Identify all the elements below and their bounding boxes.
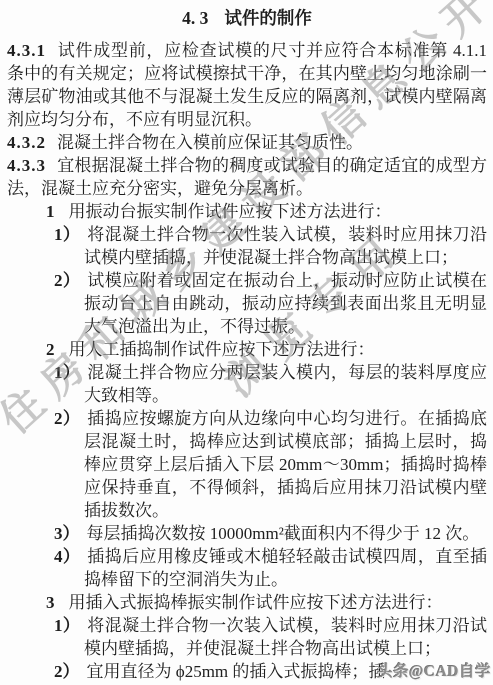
clause-4-3-2: 4.3.2混凝土拌合物在入模前应保证其匀质性。 — [7, 131, 487, 154]
item-2-sub-3: 3）每层插捣次数按 10000mm²截面积内不得少于 12 次。 — [7, 522, 487, 545]
sub-number: 1） — [54, 363, 80, 382]
clause-text: 混凝土拌合物在入模前应保证其匀质性。 — [57, 133, 363, 152]
sub-text: 将混凝土拌合物一次性装入试模，装料时应用抹刀沿试模内壁插捣，并使混凝土拌合物高出… — [84, 225, 487, 267]
item-3: 3用插入式振捣棒振实制作试件应按下述方法进行： — [7, 591, 487, 614]
section-title: 4. 3试件的制作 — [7, 6, 487, 30]
clause-text: 试件成型前，应检查试模的尺寸并应符合本标准第 4.1.1 条中的有关规定；应将试… — [7, 41, 487, 129]
document-page: 4. 3试件的制作 4.3.1试件成型前，应检查试模的尺寸并应符合本标准第 4.… — [0, 0, 493, 685]
item-text: 用振动台振实制作试件应按下述方法进行： — [69, 202, 392, 221]
item-text: 用插入式振捣棒振实制作试件应按下述方法进行： — [69, 593, 443, 612]
sub-number: 1） — [54, 616, 80, 635]
sub-text: 试模应附着或固定在振动台上，振动时应防止试模在振动台上自由跳动，振动应持续到表面… — [84, 271, 487, 336]
item-1-sub-2: 2）试模应附着或固定在振动台上，振动时应防止试模在振动台上自由跳动，振动应持续到… — [7, 269, 487, 338]
sub-text: 将混凝土拌合物一次装入试模，装料时应用抹刀沿试模内壁插捣，并使混凝土拌合物高出试… — [84, 616, 487, 658]
sub-text: 混凝土拌合物应分两层装入模内，每层的装料厚度应大致相等。 — [84, 363, 487, 405]
sub-text: 插捣后应用橡皮锤或木槌轻轻敲击试模四周，直至插捣棒留下的空洞消失为止。 — [84, 547, 487, 589]
item-2-sub-4: 4）插捣后应用橡皮锤或木槌轻轻敲击试模四周，直至插捣棒留下的空洞消失为止。 — [7, 545, 487, 591]
clause-4-3-1: 4.3.1试件成型前，应检查试模的尺寸并应符合本标准第 4.1.1 条中的有关规… — [7, 39, 487, 131]
item-1-sub-1: 1）将混凝土拌合物一次性装入试模，装料时应用抹刀沿试模内壁插捣，并使混凝土拌合物… — [7, 223, 487, 269]
sub-number: 2） — [54, 409, 80, 428]
item-2-sub-2: 2）插捣应按螺旋方向从边缘向中心均匀进行。在插捣底层混凝土时，捣棒应达到试模底部… — [7, 407, 487, 522]
clause-text: 宜根据混凝土拌合物的稠度或试验目的确定适宜的成型方法，混凝土应充分密实，避免分层… — [7, 156, 487, 198]
clause-4-3-3: 4.3.3宜根据混凝土拌合物的稠度或试验目的确定适宜的成型方法，混凝土应充分密实… — [7, 154, 487, 200]
item-1: 1用振动台振实制作试件应按下述方法进行： — [7, 200, 487, 223]
section-title-text: 试件的制作 — [224, 8, 312, 28]
item-number: 1 — [46, 202, 55, 221]
sub-text: 宜用直径为 ϕ25mm 的插入式振捣棒；插 — [87, 662, 386, 681]
item-text: 用人工插捣制作试件应按下述方法进行： — [69, 340, 375, 359]
item-3-sub-1: 1）将混凝土拌合物一次装入试模，装料时应用抹刀沿试模内壁插捣，并使混凝土拌合物高… — [7, 614, 487, 660]
sub-text: 插捣应按螺旋方向从边缘向中心均匀进行。在插捣底层混凝土时，捣棒应达到试模底部；插… — [84, 409, 487, 520]
sub-number: 3） — [54, 524, 80, 543]
sub-number: 2） — [54, 271, 80, 290]
item-number: 2 — [46, 340, 55, 359]
clause-number: 4.3.1 — [7, 41, 46, 60]
clause-number: 4.3.3 — [7, 156, 46, 175]
section-number: 4. 3 — [182, 8, 208, 28]
sub-number: 1） — [54, 225, 80, 244]
sub-number: 4） — [54, 547, 80, 566]
item-3-sub-2: 2）宜用直径为 ϕ25mm 的插入式振捣棒；插 — [7, 660, 487, 683]
clause-number: 4.3.2 — [7, 133, 46, 152]
sub-text: 每层插捣次数按 10000mm²截面积内不得少于 12 次。 — [87, 524, 480, 543]
sub-number: 2） — [54, 662, 80, 681]
item-2-sub-1: 1）混凝土拌合物应分两层装入模内，每层的装料厚度应大致相等。 — [7, 361, 487, 407]
item-2: 2用人工插捣制作试件应按下述方法进行： — [7, 338, 487, 361]
item-number: 3 — [46, 593, 55, 612]
